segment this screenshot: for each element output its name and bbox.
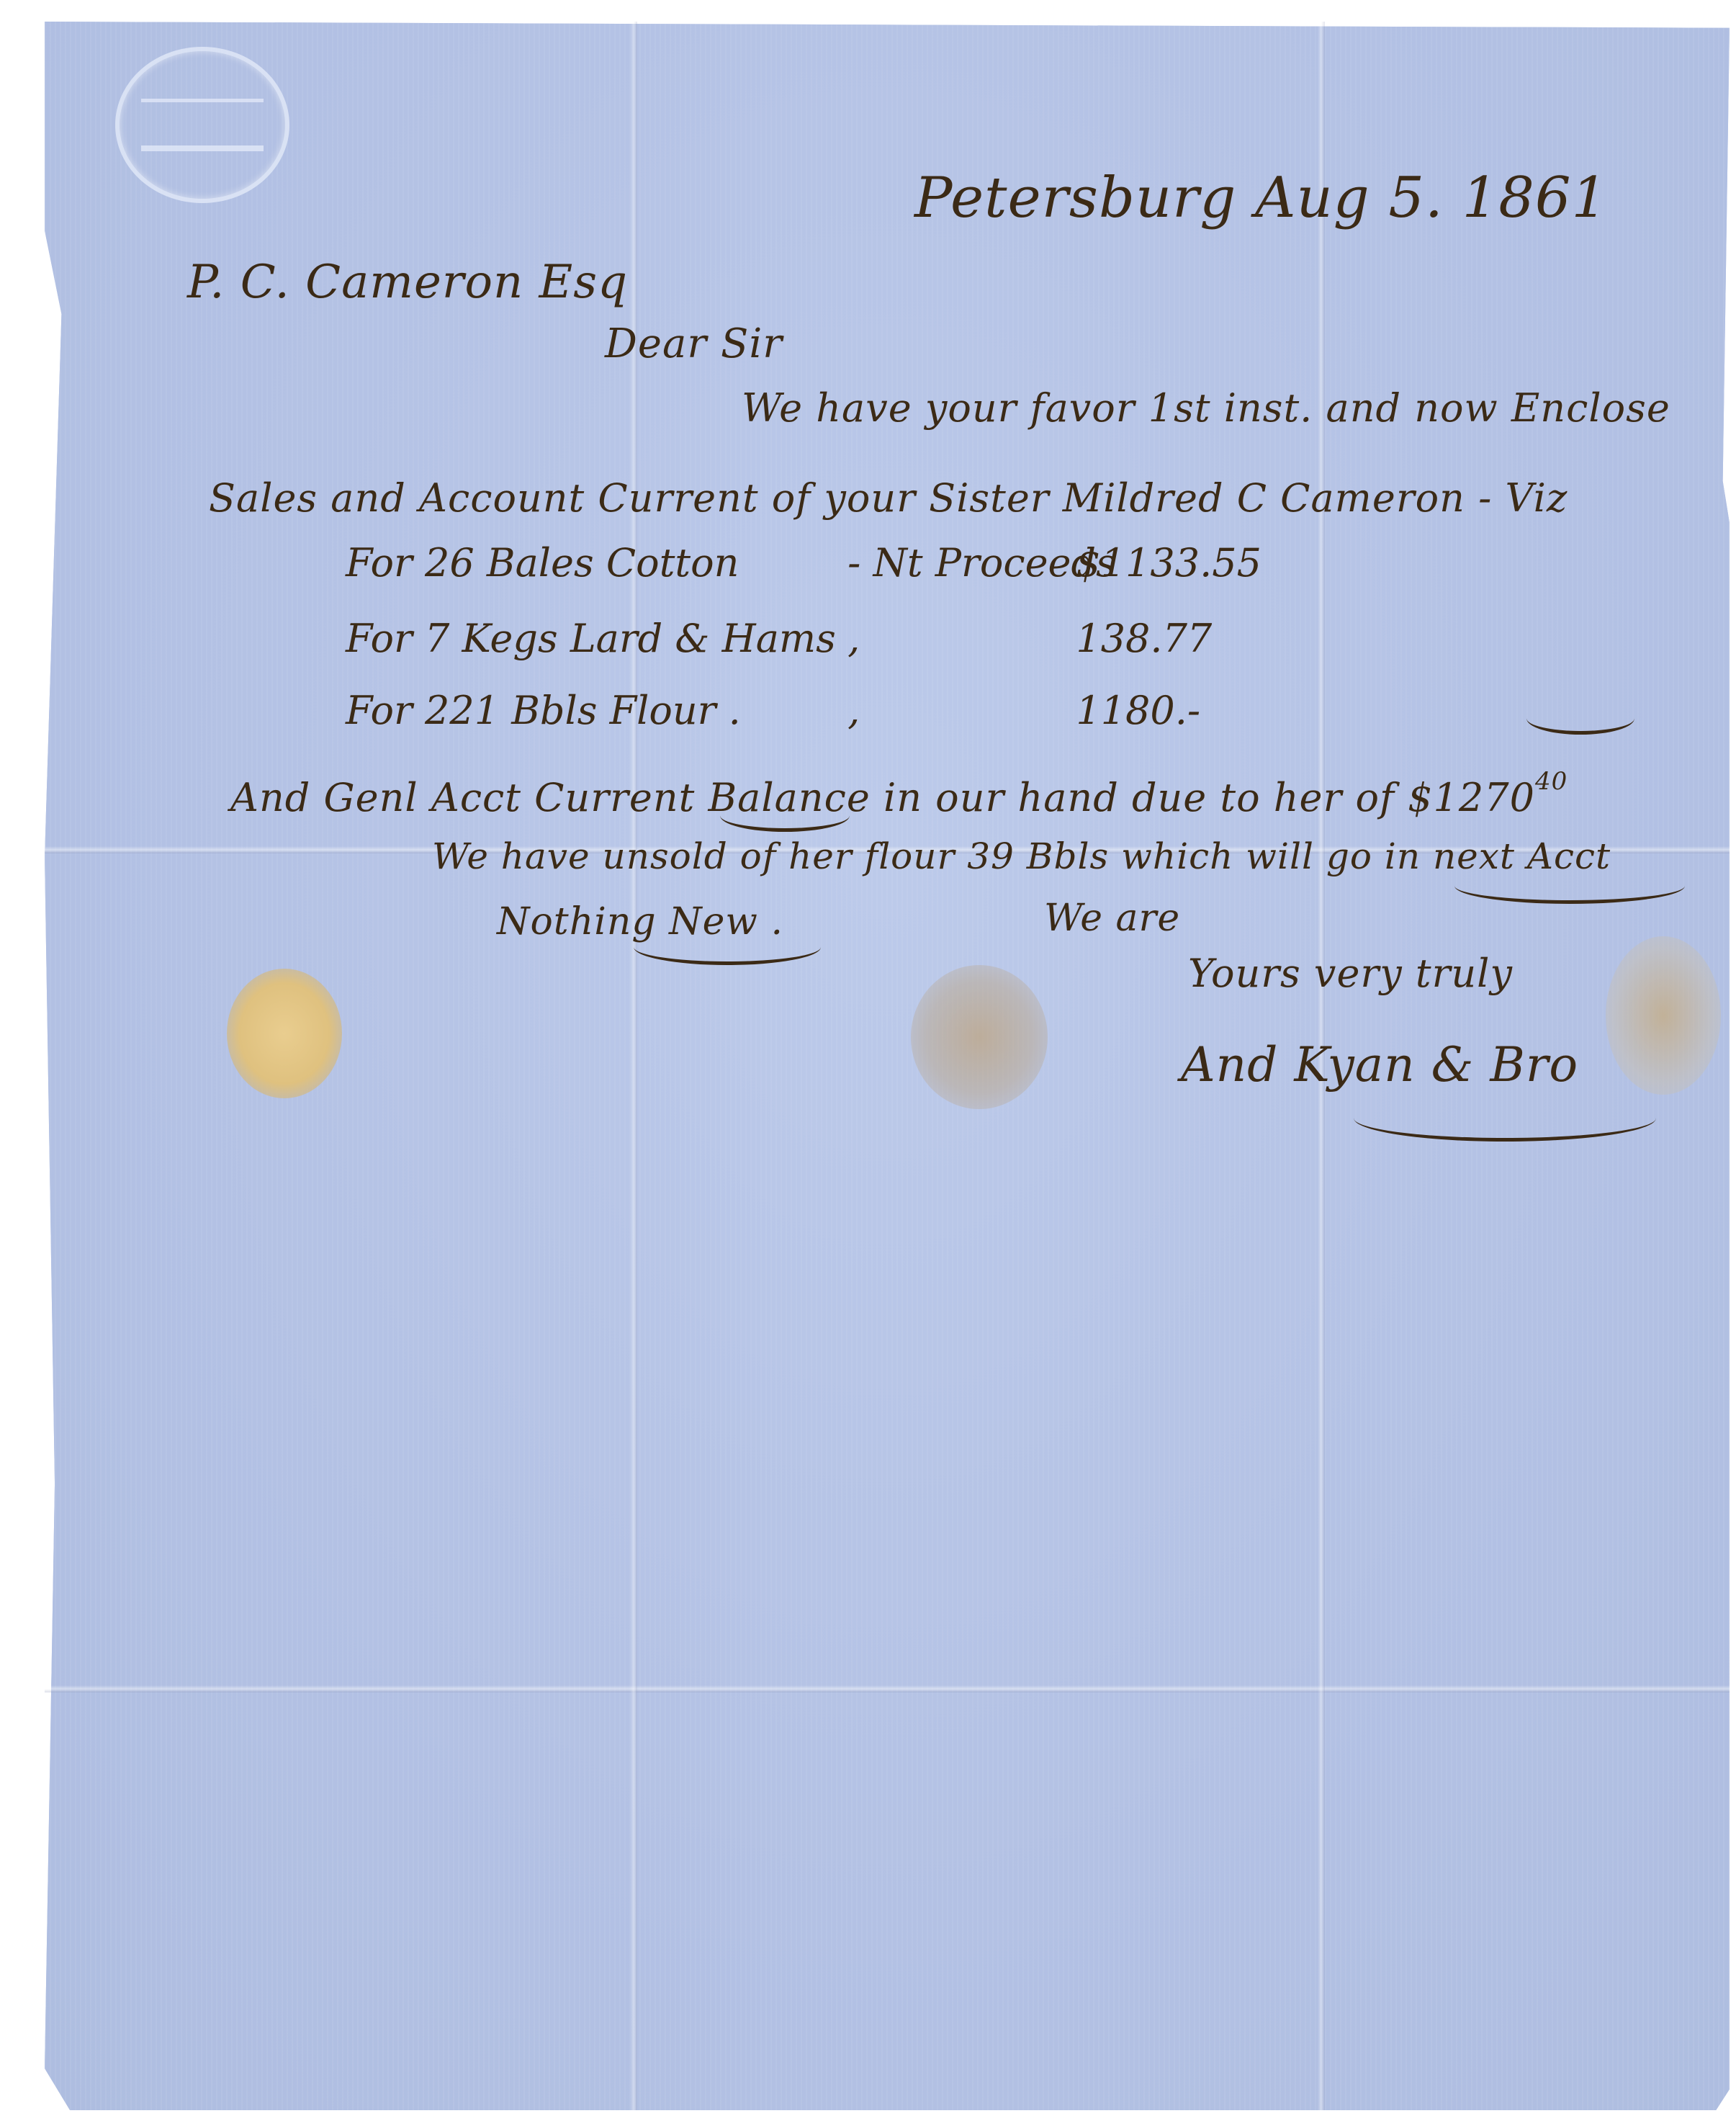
ink-flourish [634, 929, 821, 965]
item-amount: $1133.55 [1076, 540, 1261, 586]
closing-phrase: We are [1044, 897, 1180, 940]
signature: And Kyan & Bro [1181, 1037, 1578, 1093]
seal-building-emboss [141, 99, 264, 151]
item-note: - Nt Proceeds [847, 540, 1063, 586]
embossed-seal-icon [115, 47, 289, 203]
account-item: For 26 Bales Cotton - Nt Proceeds $1133.… [346, 540, 1261, 586]
horizontal-fold-crease [45, 1685, 1730, 1692]
item-description: For 26 Bales Cotton [346, 540, 835, 586]
account-item: For 221 Bbls Flour . , 1180.- [346, 688, 1200, 733]
body-line: We have unsold of her flour 39 Bbls whic… [432, 835, 1611, 877]
item-description: For 221 Bbls Flour . [346, 688, 835, 733]
stain-mark [1606, 936, 1721, 1095]
balance-text: And Genl Acct Current Balance in our han… [230, 775, 1535, 820]
addressee: P. C. Cameron Esq [187, 256, 628, 309]
ink-flourish [1454, 868, 1685, 904]
item-amount: 1180.- [1076, 688, 1200, 733]
item-note: , [847, 616, 1063, 661]
stain-mark [227, 969, 342, 1098]
signature-flourish [1354, 1095, 1656, 1142]
body-line: Sales and Account Current of your Sister… [209, 475, 1568, 521]
dateline: Petersburg Aug 5. 1861 [914, 166, 1608, 230]
complimentary-close: Yours very truly [1188, 951, 1513, 996]
item-amount: 138.77 [1076, 616, 1212, 661]
stain-mark [911, 965, 1048, 1109]
balance-line: And Genl Acct Current Balance in our han… [230, 767, 1568, 820]
balance-cents: 40 [1535, 767, 1568, 796]
item-description: For 7 Kegs Lard & Hams [346, 616, 835, 661]
ink-flourish [1526, 702, 1634, 735]
ink-flourish [720, 799, 850, 832]
body-line: We have your favor 1st inst. and now Enc… [742, 385, 1670, 431]
item-note: , [847, 688, 1063, 733]
salutation: Dear Sir [605, 320, 783, 367]
account-item: For 7 Kegs Lard & Hams , 138.77 [346, 616, 1212, 661]
